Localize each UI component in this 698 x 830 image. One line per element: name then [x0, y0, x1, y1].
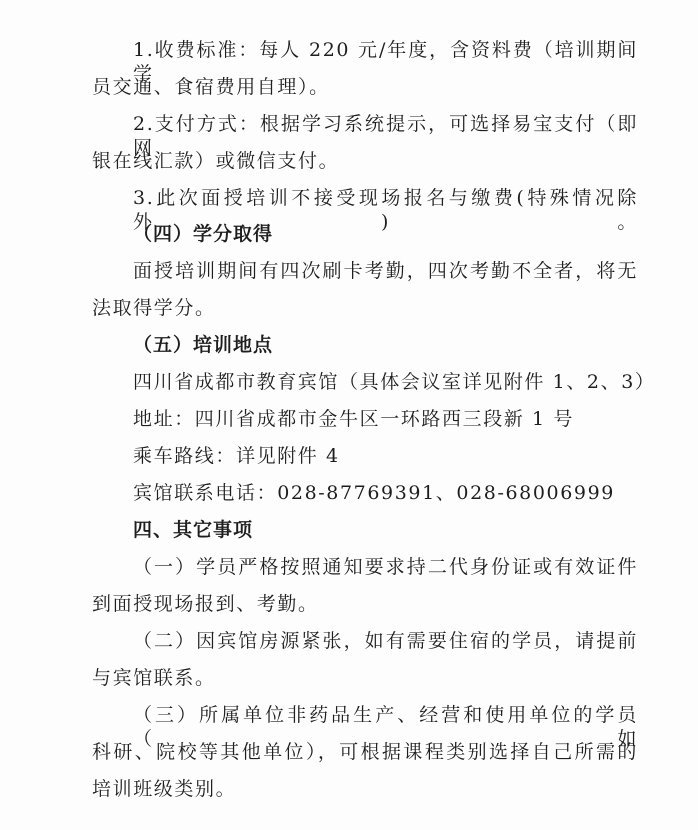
payment-method-line-1: 2.支付方式：根据学习系统提示，可选择易宝支付（即网 [133, 112, 638, 136]
other-item1-line-1: （一）学员严格按照通知要求持二代身份证或有效证件 [133, 555, 638, 579]
credits-para-line-2: 法取得学分。 [92, 296, 638, 320]
fee-standard-line-1: 1.收费标准：每人 220 元/年度，含资料费（培训期间学 [133, 38, 638, 62]
other-item2-line-1: （二）因宾馆房源紧张，如有需要住宿的学员，请提前 [133, 629, 638, 653]
no-onsite-registration: 3.此次面授培训不接受现场报名与缴费(特殊情况除外)。 [133, 186, 638, 210]
other-item1-line-2: 到面授现场报到、考勤。 [92, 592, 638, 616]
other-heading: 四、其它事项 [133, 518, 638, 542]
other-item3-line-3: 培训班级类别。 [92, 777, 638, 801]
fee-standard-line-2: 员交通、食宿费用自理）。 [92, 75, 638, 99]
location-heading: （五）培训地点 [133, 333, 638, 357]
payment-method-line-2: 银在线汇款）或微信支付。 [92, 149, 638, 173]
address-line: 地址：四川省成都市金牛区一环路西三段新 1 号 [133, 407, 638, 431]
venue-line: 四川省成都市教育宾馆（具体会议室详见附件 1、2、3） [133, 370, 638, 394]
document-page: 1.收费标准：每人 220 元/年度，含资料费（培训期间学 员交通、食宿费用自理… [0, 0, 698, 830]
route-line: 乘车路线：详见附件 4 [133, 444, 638, 468]
other-item2-line-2: 与宾馆联系。 [92, 666, 638, 690]
other-item3-line-1: （三）所属单位非药品生产、经营和使用单位的学员（如 [133, 703, 638, 727]
other-item3-line-2: 科研、院校等其他单位），可根据课程类别选择自己所需的 [92, 740, 638, 764]
credits-heading: （四）学分取得 [133, 222, 638, 246]
phone-line: 宾馆联系电话：028-87769391、028-68006999 [133, 481, 638, 505]
credits-para-line-1: 面授培训期间有四次刷卡考勤，四次考勤不全者，将无 [133, 259, 638, 283]
